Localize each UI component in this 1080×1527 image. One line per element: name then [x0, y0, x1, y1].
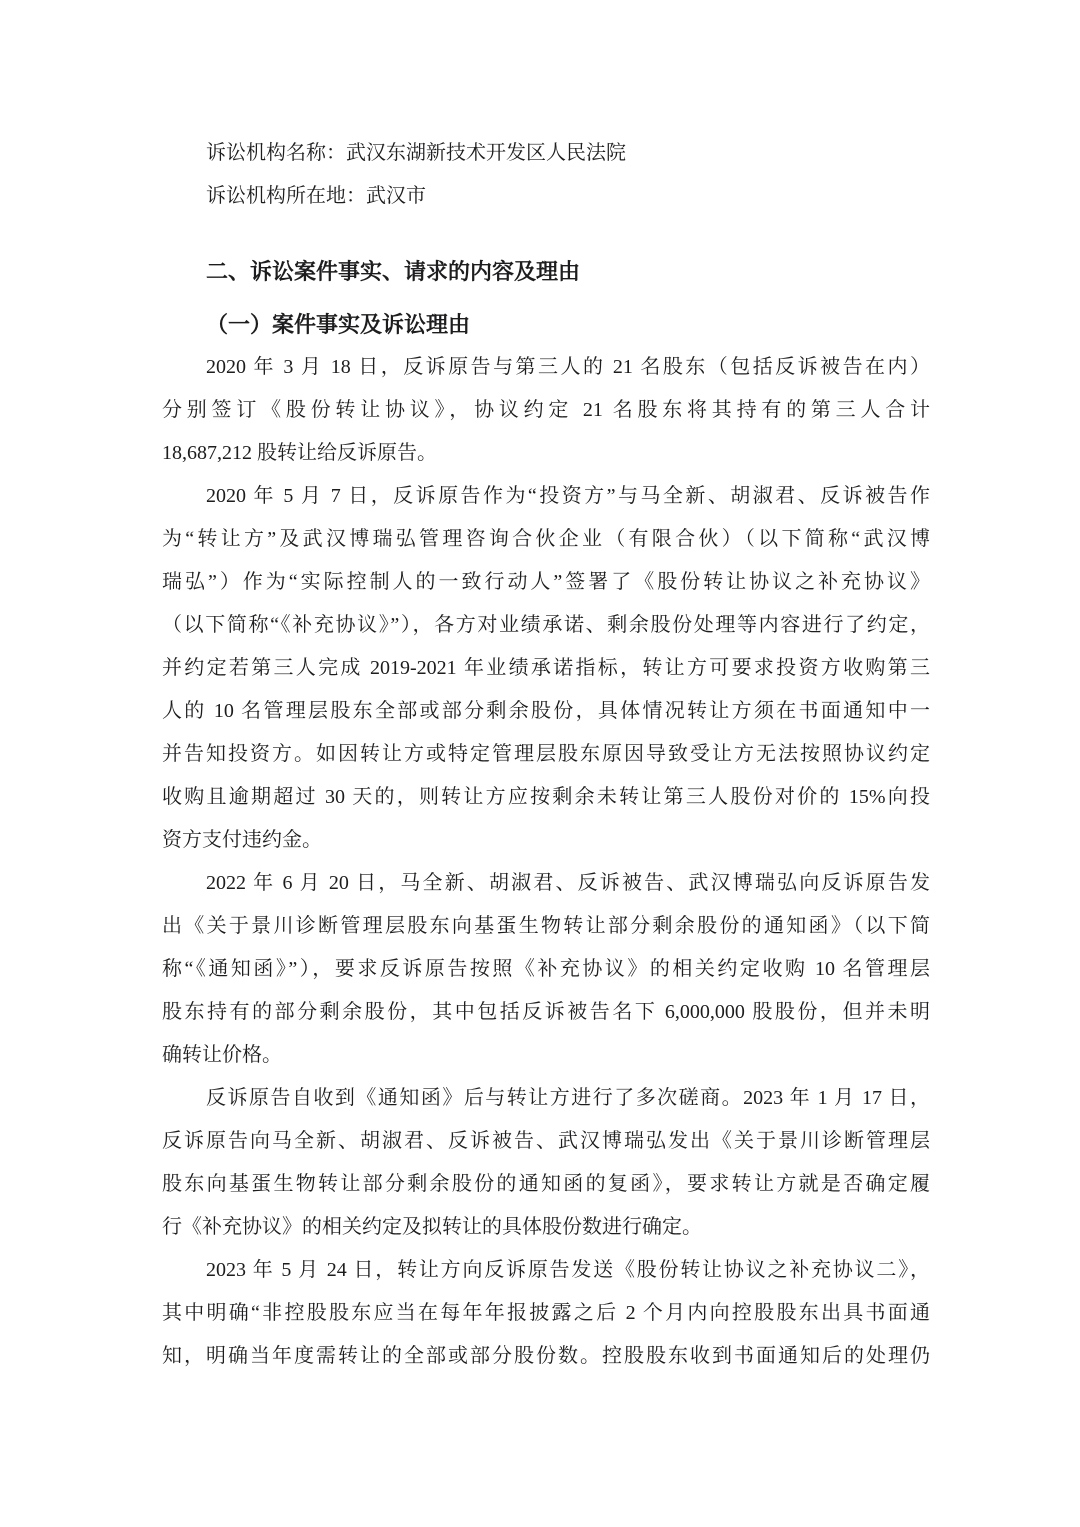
text-line: 出《关于景川诊断管理层股东向基蛋生物转让部分剩余股份的通知函》（以下简 — [162, 905, 930, 948]
paragraph: 2022 年 6 月 20 日，马全新、胡淑君、反诉被告、武汉博瑞弘向反诉原告发… — [162, 862, 930, 1077]
text-line: 确转让价格。 — [162, 1034, 930, 1077]
subsection-heading: （一）案件事实及诉讼理由 — [162, 303, 930, 346]
text-line: 知，明确当年度需转让的全部或部分股份数。控股股东收到书面通知后的处理仍 — [162, 1335, 930, 1378]
text-line: （以下简称“《补充协议》”），各方对业绩承诺、剩余股份处理等内容进行了约定， — [162, 604, 930, 647]
text-line: 并告知投资方。如因转让方或特定管理层股东原因导致受让方无法按照协议约定 — [162, 733, 930, 776]
text-line: 资方支付违约金。 — [162, 819, 930, 862]
court-location-line: 诉讼机构所在地：武汉市 — [162, 175, 930, 218]
text-line: 18,687,212 股转让给反诉原告。 — [162, 432, 930, 475]
text-line: 分别签订《股份转让协议》，协议约定 21 名股东将其持有的第三人合计 — [162, 389, 930, 432]
paragraph: 2020 年 3 月 18 日，反诉原告与第三人的 21 名股东（包括反诉被告在… — [162, 346, 930, 475]
text-line: 2020 年 5 月 7 日，反诉原告作为“投资方”与马全新、胡淑君、反诉被告作 — [162, 475, 930, 518]
court-name-line: 诉讼机构名称：武汉东湖新技术开发区人民法院 — [162, 132, 930, 175]
text-line: 2022 年 6 月 20 日，马全新、胡淑君、反诉被告、武汉博瑞弘向反诉原告发 — [162, 862, 930, 905]
text-line: 股东向基蛋生物转让部分剩余股份的通知函的复函》，要求转让方就是否确定履 — [162, 1163, 930, 1206]
text-line: 并约定若第三人完成 2019-2021 年业绩承诺指标，转让方可要求投资方收购第… — [162, 647, 930, 690]
text-line: 其中明确“非控股股东应当在每年年报披露之后 2 个月内向控股股东出具书面通 — [162, 1292, 930, 1335]
text-line: 为“转让方”及武汉博瑞弘管理咨询合伙企业（有限合伙）（以下简称“武汉博 — [162, 518, 930, 561]
document-page: 诉讼机构名称：武汉东湖新技术开发区人民法院 诉讼机构所在地：武汉市 二、诉讼案件… — [0, 0, 1080, 1527]
text-line: 股东持有的部分剩余股份，其中包括反诉被告名下 6,000,000 股股份，但并未… — [162, 991, 930, 1034]
text-line: 行《补充协议》的相关约定及拟转让的具体股份数进行确定。 — [162, 1206, 930, 1249]
paragraph: 2023 年 5 月 24 日，转让方向反诉原告发送《股份转让协议之补充协议二》… — [162, 1249, 930, 1378]
text-line: 称“《通知函》”），要求反诉原告按照《补充协议》的相关约定收购 10 名管理层 — [162, 948, 930, 991]
body-paragraphs: 2020 年 3 月 18 日，反诉原告与第三人的 21 名股东（包括反诉被告在… — [162, 346, 930, 1378]
paragraph: 反诉原告自收到《通知函》后与转让方进行了多次磋商。2023 年 1 月 17 日… — [162, 1077, 930, 1249]
text-line: 人的 10 名管理层股东全部或部分剩余股份，具体情况转让方须在书面通知中一 — [162, 690, 930, 733]
text-line: 反诉原告自收到《通知函》后与转让方进行了多次磋商。2023 年 1 月 17 日… — [162, 1077, 930, 1120]
text-line: 收购且逾期超过 30 天的，则转让方应按剩余未转让第三人股份对价的 15%向投 — [162, 776, 930, 819]
text-line: 瑞弘”）作为“实际控制人的一致行动人”签署了《股份转让协议之补充协议》 — [162, 561, 930, 604]
text-line: 反诉原告向马全新、胡淑君、反诉被告、武汉博瑞弘发出《关于景川诊断管理层 — [162, 1120, 930, 1163]
litigation-info-block: 诉讼机构名称：武汉东湖新技术开发区人民法院 诉讼机构所在地：武汉市 — [162, 132, 930, 218]
document-content: 诉讼机构名称：武汉东湖新技术开发区人民法院 诉讼机构所在地：武汉市 二、诉讼案件… — [162, 132, 930, 1378]
text-line: 2023 年 5 月 24 日，转让方向反诉原告发送《股份转让协议之补充协议二》… — [162, 1249, 930, 1292]
paragraph: 2020 年 5 月 7 日，反诉原告作为“投资方”与马全新、胡淑君、反诉被告作… — [162, 475, 930, 862]
text-line: 2020 年 3 月 18 日，反诉原告与第三人的 21 名股东（包括反诉被告在… — [162, 346, 930, 389]
section-heading: 二、诉讼案件事实、请求的内容及理由 — [162, 250, 930, 293]
